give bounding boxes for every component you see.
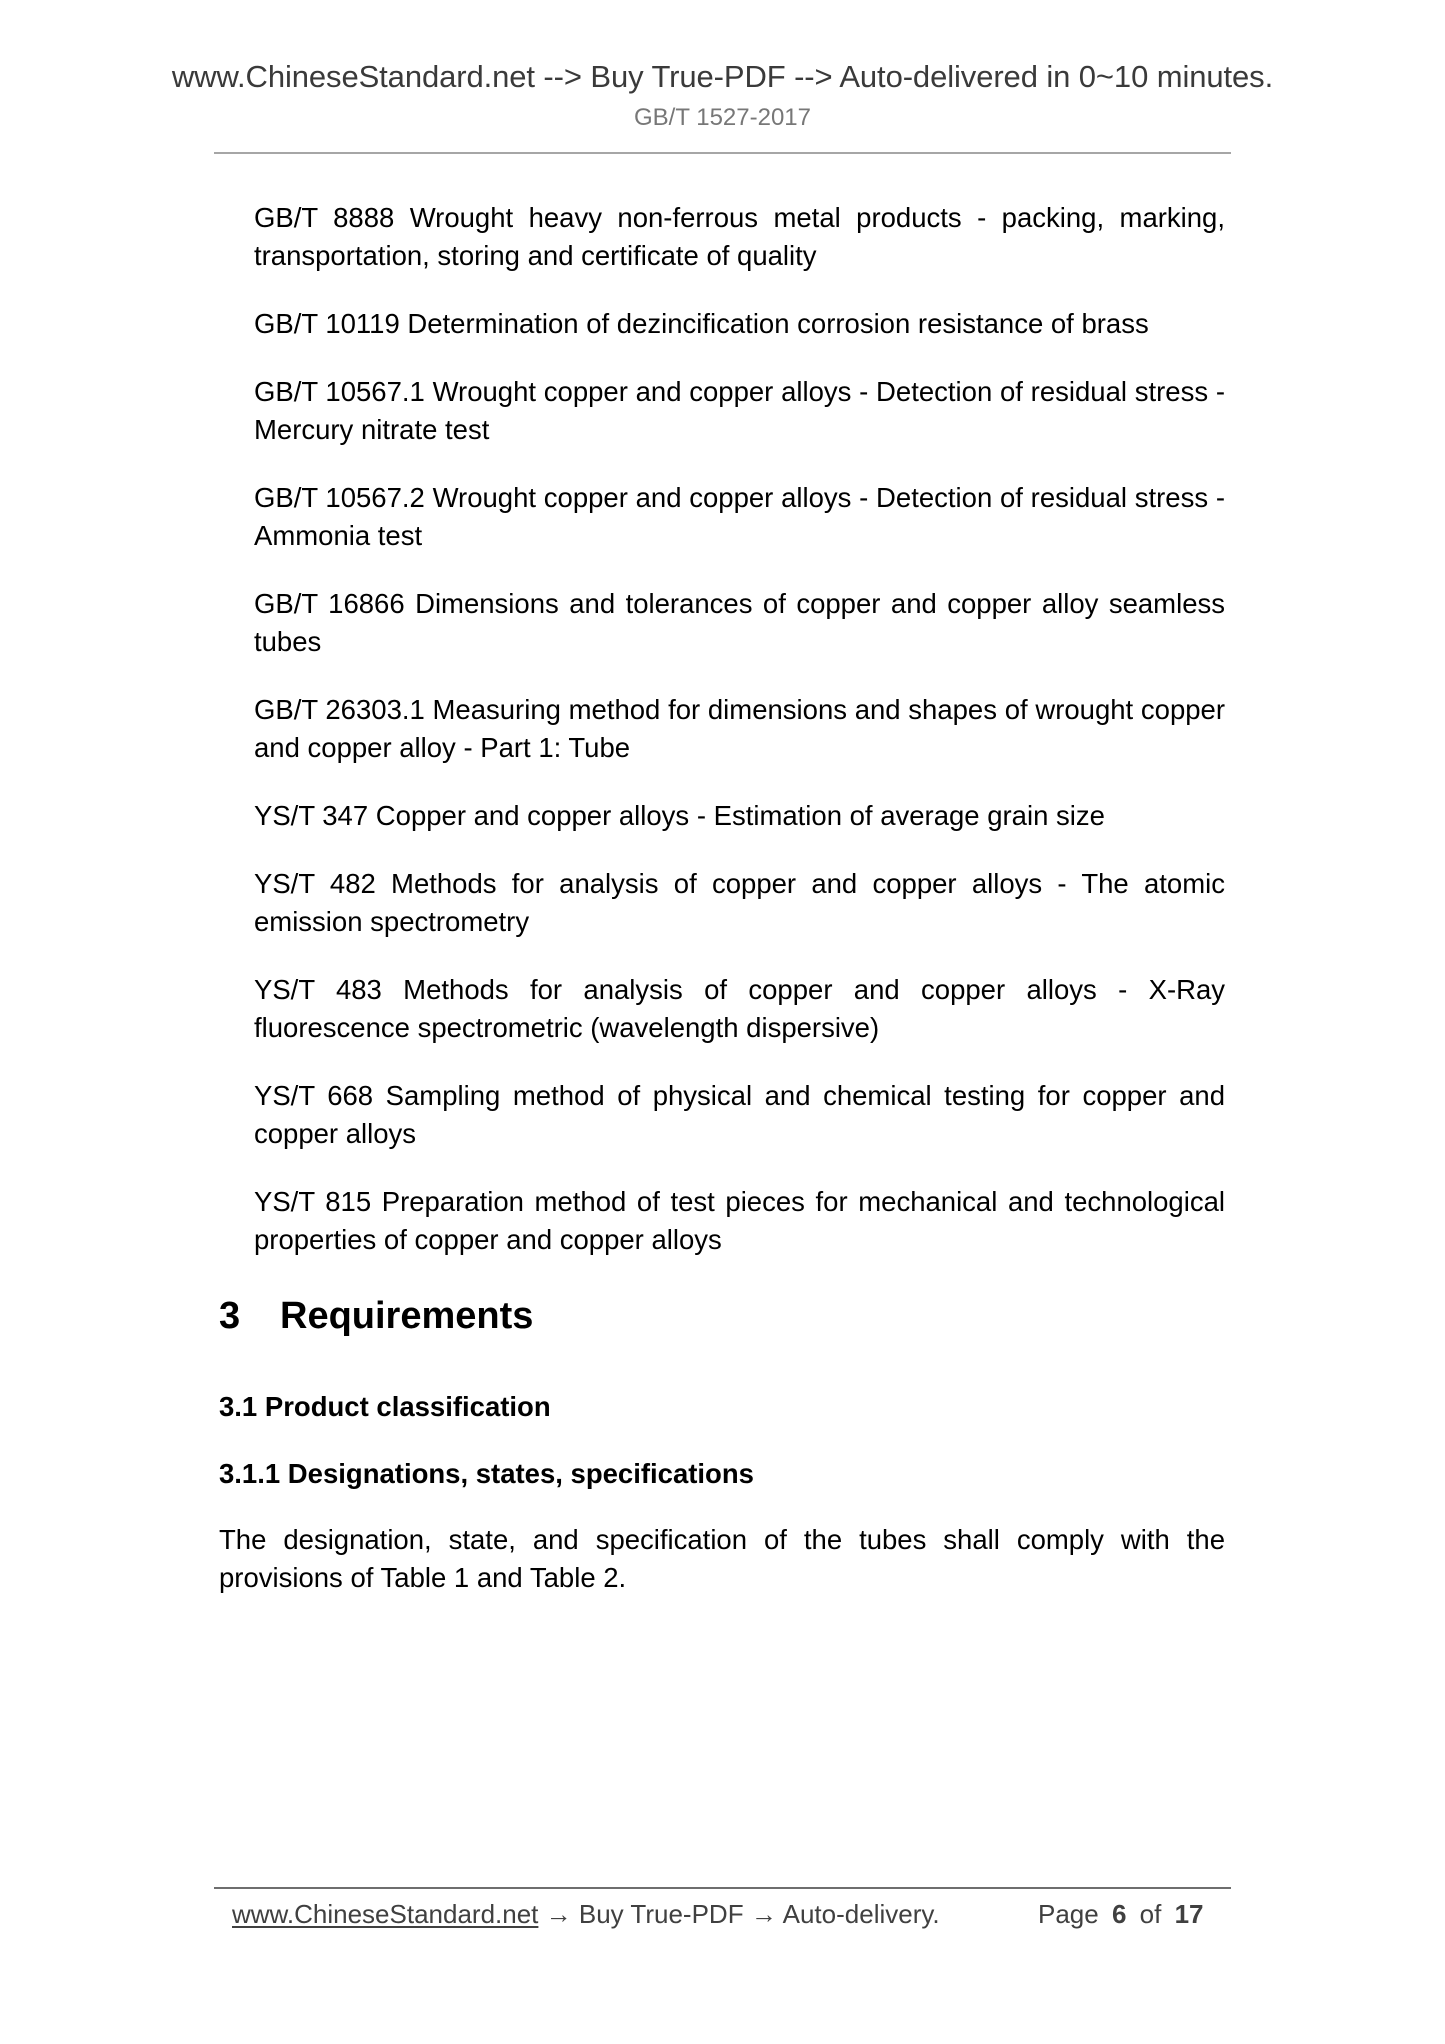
normative-references-list: GB/T 8888 Wrought heavy non-ferrous meta… <box>254 199 1225 1289</box>
reference-item: GB/T 10119 Determination of dezincificat… <box>254 305 1225 343</box>
page-of-label: of <box>1140 1899 1162 1929</box>
header-banner: www.ChineseStandard.net --> Buy True-PDF… <box>0 58 1445 96</box>
body-paragraph: The designation, state, and specificatio… <box>219 1521 1225 1597</box>
buy-text: Buy True-PDF <box>579 1899 744 1929</box>
subsubsection-heading: 3.1.1 Designations, states, specificatio… <box>219 1457 754 1491</box>
section-number: 3 <box>219 1293 280 1339</box>
delivery-text: Auto-delivery. <box>783 1899 940 1929</box>
arrow-right-icon: → <box>546 1899 572 1929</box>
section-title: Requirements <box>280 1295 533 1337</box>
reference-item: GB/T 26303.1 Measuring method for dimens… <box>254 691 1225 767</box>
reference-item: GB/T 10567.1 Wrought copper and copper a… <box>254 373 1225 449</box>
header-divider <box>214 152 1231 154</box>
reference-item: GB/T 8888 Wrought heavy non-ferrous meta… <box>254 199 1225 275</box>
reference-item: GB/T 10567.2 Wrought copper and copper a… <box>254 479 1225 555</box>
reference-item: YS/T 483 Methods for analysis of copper … <box>254 971 1225 1047</box>
page-total: 17 <box>1175 1899 1204 1929</box>
section-heading: 3Requirements <box>219 1293 533 1339</box>
website-link[interactable]: www.ChineseStandard.net <box>232 1899 538 1929</box>
footer-divider <box>214 1887 1231 1889</box>
reference-item: YS/T 668 Sampling method of physical and… <box>254 1077 1225 1153</box>
subsection-heading: 3.1 Product classification <box>219 1390 551 1424</box>
page-current: 6 <box>1112 1899 1126 1929</box>
arrow-right-icon: → <box>751 1899 777 1929</box>
page-label: Page <box>1038 1899 1099 1929</box>
reference-item: YS/T 482 Methods for analysis of copper … <box>254 865 1225 941</box>
page-number: Page 6 of 17 <box>1038 1898 1204 1930</box>
reference-item: YS/T 815 Preparation method of test piec… <box>254 1183 1225 1259</box>
reference-item: YS/T 347 Copper and copper alloys - Esti… <box>254 797 1225 835</box>
reference-item: GB/T 16866 Dimensions and tolerances of … <box>254 585 1225 661</box>
standard-id: GB/T 1527-2017 <box>0 104 1445 132</box>
footer-promo: www.ChineseStandard.net → Buy True-PDF →… <box>232 1898 940 1930</box>
